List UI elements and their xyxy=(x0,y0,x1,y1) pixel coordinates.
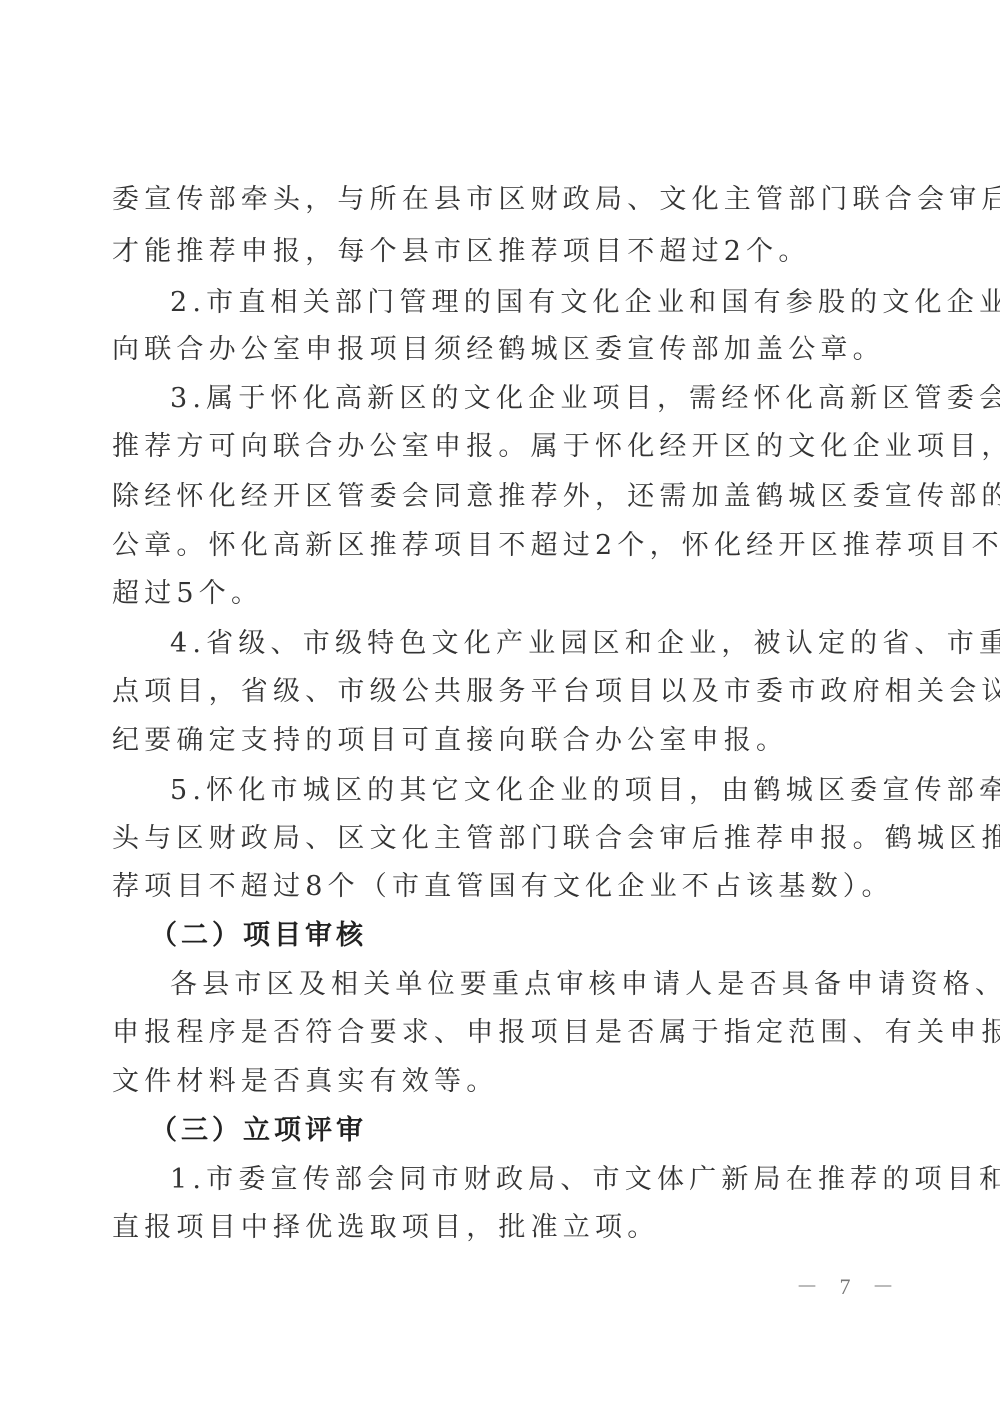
body-text-line: 4.省级、市级特色文化产业园区和企业，被认定的省、市重 xyxy=(170,624,860,664)
body-text-line: 荐项目不超过8个（市直管国有文化企业不占该基数）。 xyxy=(112,867,860,907)
document-page: 委宣传部牵头，与所在县市区财政局、文化主管部门联合会审后 才能推荐申报，每个县市… xyxy=(0,0,1000,1414)
body-text-line: 3.属于怀化高新区的文化企业项目，需经怀化高新区管委会 xyxy=(170,379,860,419)
body-text-line: 向联合办公室申报项目须经鹤城区委宣传部加盖公章。 xyxy=(112,330,860,370)
body-text-line: 各县市区及相关单位要重点审核申请人是否具备申请资格、 xyxy=(170,965,860,1005)
body-text-line: 除经怀化经开区管委会同意推荐外，还需加盖鹤城区委宣传部的 xyxy=(112,477,860,517)
body-text-line: 超过5个。 xyxy=(112,574,860,614)
body-text-line: 头与区财政局、区文化主管部门联合会审后推荐申报。鹤城区推 xyxy=(112,819,860,859)
body-text-line: 点项目，省级、市级公共服务平台项目以及市委市政府相关会议 xyxy=(112,672,860,712)
body-text-line: 文件材料是否真实有效等。 xyxy=(112,1062,860,1102)
body-text-line: 才能推荐申报，每个县市区推荐项目不超过2个。 xyxy=(112,232,860,272)
body-text-line: 直报项目中择优选取项目，批准立项。 xyxy=(112,1208,860,1248)
section-heading: （二）项目审核 xyxy=(150,916,898,956)
body-text-line: 纪要确定支持的项目可直接向联合办公室申报。 xyxy=(112,721,860,761)
body-text-line: 推荐方可向联合办公室申报。属于怀化经开区的文化企业项目， xyxy=(112,427,860,467)
section-heading: （三）立项评审 xyxy=(150,1111,898,1151)
body-text-line: 公章。怀化高新区推荐项目不超过2个，怀化经开区推荐项目不 xyxy=(112,526,860,566)
body-text-line: 1.市委宣传部会同市财政局、市文体广新局在推荐的项目和 xyxy=(170,1160,860,1200)
body-text-line: 2.市直相关部门管理的国有文化企业和国有参股的文化企业 xyxy=(170,283,860,323)
body-text-line: 5.怀化市城区的其它文化企业的项目，由鹤城区委宣传部牵 xyxy=(170,771,860,811)
page-number: － 7 － xyxy=(796,1270,902,1301)
body-text-line: 委宣传部牵头，与所在县市区财政局、文化主管部门联合会审后 xyxy=(112,180,860,220)
body-text-line: 申报程序是否符合要求、申报项目是否属于指定范围、有关申报 xyxy=(112,1013,860,1053)
